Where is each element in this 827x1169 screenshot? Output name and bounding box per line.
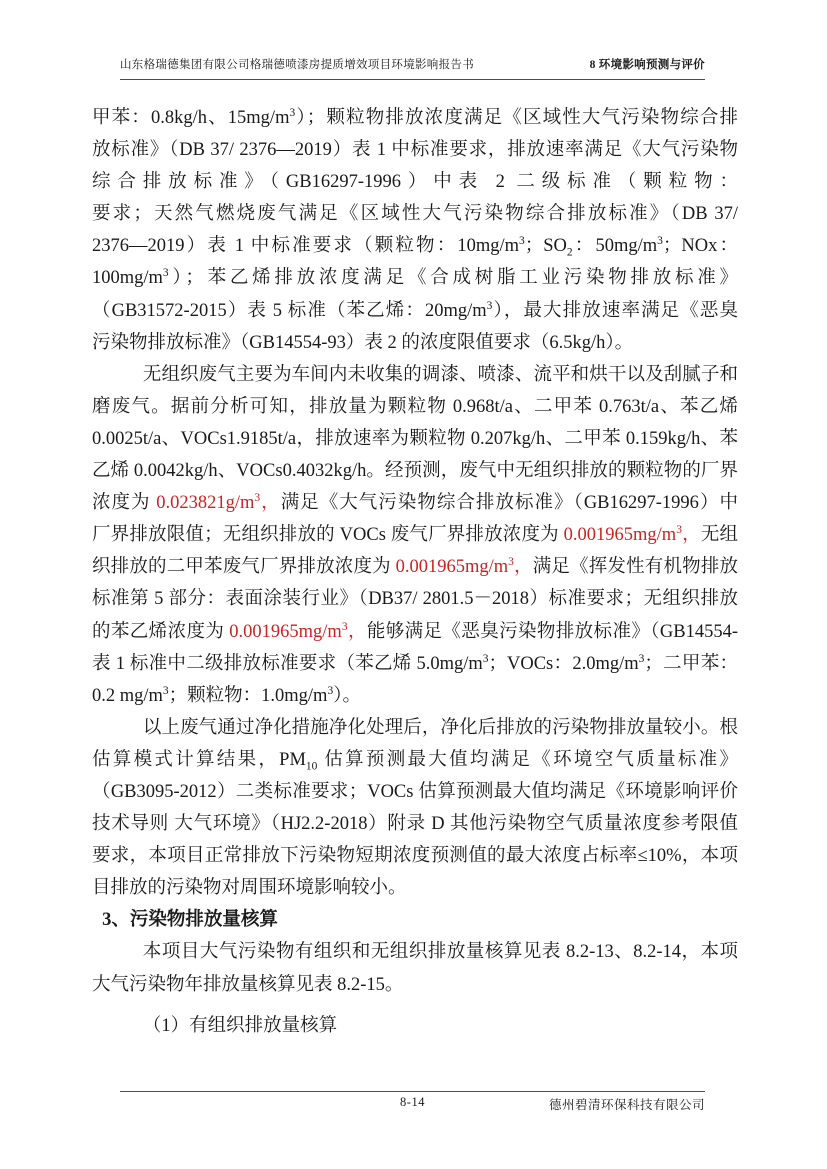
footer-rule: [120, 1091, 705, 1092]
text-segment: 织排放的二甲苯废气厂界排放浓度为: [92, 557, 396, 577]
text-line: 要求；天然气燃烧废气满足《区域性大气污染物综合排放标准》（DB 37/: [92, 198, 738, 230]
text-line: （1）有组织排放量核算: [92, 1010, 738, 1042]
text-segment: 磨废气。据前分析可知，排放量为颗粒物 0.968t/a、二甲苯 0.763t/a…: [92, 397, 738, 417]
highlighted-value: 0.001965mg/m: [229, 622, 342, 642]
text-segment: 要求；天然气燃烧废气满足《区域性大气污染物综合排放标准》（DB 37/: [92, 204, 738, 224]
text-line: 要求，本项目正常排放下污染物短期浓度预测值的最大浓度占标率≤10%，本项: [92, 840, 738, 872]
text-segment: 100mg/m: [92, 268, 163, 288]
text-segment: 放标准》（DB 37/ 2376—2019）表 1 中标准要求，排放速率满足《大…: [92, 140, 738, 160]
text-line: 的苯乙烯浓度为 0.001965mg/m3，能够满足《恶臭污染物排放标准》（GB…: [92, 616, 738, 648]
text-line: 放标准》（DB 37/ 2376—2019）表 1 中标准要求，排放速率满足《大…: [92, 134, 738, 166]
highlighted-value: 0.023821g/m: [156, 493, 254, 513]
highlighted-value: ，: [682, 525, 701, 545]
paragraph: 甲苯：0.8kg/h、15mg/m3）；颗粒物排放浓度满足《区域性大气污染物综合…: [92, 102, 738, 359]
text-line: 织排放的二甲苯废气厂界排放浓度为 0.001965mg/m3，满足《挥发性有机物…: [92, 551, 738, 583]
header-rule: [120, 79, 705, 80]
section-heading: 3、污染物排放量核算: [92, 904, 738, 936]
text-segment: ；VOCs：2.0mg/m: [489, 654, 639, 674]
text-segment: 污染物排放标准》（GB14554-93）表 2 的浓度限值要求（6.5kg/h）…: [92, 333, 633, 353]
text-segment: 估算模式计算结果，PM: [92, 750, 306, 770]
text-line: 目排放的污染物对周围环境影响较小。: [92, 872, 738, 904]
text-line: （GB31572-2015）表 5 标准（苯乙烯：20mg/m3），最大排放速率…: [92, 295, 738, 327]
text-line: 无组织废气主要为车间内未收集的调漆、喷漆、流平和烘干以及刮腻子和打: [92, 359, 738, 391]
header-chapter-title: 8 环境影响预测与评价: [590, 56, 705, 72]
text-segment: （1）有组织排放量核算: [143, 1016, 337, 1036]
text-segment: ；颗粒物：1.0mg/m: [169, 686, 328, 706]
text-segment: 浓度为: [92, 493, 156, 513]
text-segment: 3、污染物排放量核算: [102, 910, 278, 930]
text-line: 标准第 5 部分：表面涂装行业》（DB37/ 2801.5－2018）标准要求；…: [92, 583, 738, 615]
text-segment: 综合排放标准》（GB16297-1996）中表 2 二级标准（颗粒物：10mg/…: [92, 172, 738, 198]
paragraph: 无组织废气主要为车间内未收集的调漆、喷漆、流平和烘干以及刮腻子和打磨废气。据前分…: [92, 359, 738, 712]
text-line: 以上废气通过净化措施净化处理后，净化后排放的污染物排放量较小。根据: [92, 712, 738, 744]
document-body: 甲苯：0.8kg/h、15mg/m3）；颗粒物排放浓度满足《区域性大气污染物综合…: [92, 102, 738, 1042]
text-segment: ）。: [333, 686, 361, 706]
highlighted-value: ，: [514, 557, 533, 577]
text-segment: ；NOx：: [663, 236, 738, 256]
text-line: 浓度为 0.023821g/m3，满足《大气污染物综合排放标准》（GB16297…: [92, 487, 738, 519]
paragraph: （1）有组织排放量核算: [92, 1010, 738, 1042]
text-line: 厂界排放限值；无组织排放的 VOCs 废气厂界排放浓度为 0.001965mg/…: [92, 519, 738, 551]
text-segment: 甲苯：0.8kg/h、15mg/m: [92, 108, 289, 128]
header-report-title: 山东格瑞德集团有限公司格瑞德喷漆房提质增效项目环境影响报告书: [120, 56, 474, 72]
text-line: 大气污染物年排放量核算见表 8.2-15。: [92, 969, 738, 1001]
text-segment: ）；苯乙烯排放浓度满足《合成树脂工业污染物排放标准》: [169, 268, 738, 288]
text-segment: 以上废气通过净化措施净化处理后，净化后排放的污染物排放量较小。根据: [92, 718, 738, 744]
text-line: 磨废气。据前分析可知，排放量为颗粒物 0.968t/a、二甲苯 0.763t/a…: [92, 391, 738, 423]
text-segment: 满足《挥发性有机物排放: [533, 557, 738, 577]
text-line: 综合排放标准》（GB16297-1996）中表 2 二级标准（颗粒物：10mg/…: [92, 166, 738, 198]
text-segment: ：50mg/m: [573, 236, 657, 256]
text-line: 2376—2019）表 1 中标准要求（颗粒物：10mg/m3；SO2：50mg…: [92, 230, 738, 262]
highlighted-value: ，: [260, 493, 281, 513]
text-line: 100mg/m3）；苯乙烯排放浓度满足《合成树脂工业污染物排放标准》: [92, 262, 738, 294]
text-line: 甲苯：0.8kg/h、15mg/m3）；颗粒物排放浓度满足《区域性大气污染物综合…: [92, 102, 738, 134]
paragraph: 本项目大气污染物有组织和无组织排放量核算见表 8.2-13、8.2-14，本项目…: [92, 936, 738, 1000]
text-line: 表 1 标准中二级排放标准要求（苯乙烯 5.0mg/m3；VOCs：2.0mg/…: [92, 648, 738, 680]
text-segment: 2376—2019）表 1 中标准要求（颗粒物：10mg/m: [92, 236, 519, 256]
text-segment: （GB31572-2015）表 5 标准（苯乙烯：20mg/m: [92, 301, 487, 321]
text-segment: 0.2 mg/m: [92, 686, 163, 706]
text-segment: 满足《大气污染物综合排放标准》（GB16297-1996）中: [281, 493, 738, 513]
text-line: 乙烯 0.0042kg/h、VOCs0.4032kg/h。经预测，废气中无组织排…: [92, 455, 738, 487]
page-footer: 8-14 德州碧清环保科技有限公司: [120, 1095, 705, 1115]
text-line: 技术导则 大气环境》（HJ2.2-2018）附录 D 其他污染物空气质量浓度参考…: [92, 808, 738, 840]
text-segment: ），最大排放速率满足《恶臭: [492, 301, 738, 321]
highlighted-value: 0.001965mg/m: [564, 525, 677, 545]
footer-company-name: 德州碧清环保科技有限公司: [549, 1095, 705, 1113]
document-page: 山东格瑞德集团有限公司格瑞德喷漆房提质增效项目环境影响报告书 8 环境影响预测与…: [0, 0, 827, 1169]
highlighted-value: 0.001965mg/m: [396, 557, 509, 577]
text-segment: 无组: [701, 525, 738, 545]
text-segment: 大气污染物年排放量核算见表 8.2-15。: [92, 975, 403, 995]
text-line: 估算模式计算结果，PM10 估算预测最大值均满足《环境空气质量标准》: [92, 744, 738, 776]
text-segment: 本项目大气污染物有组织和无组织排放量核算见表 8.2-13、8.2-14，本项目: [92, 942, 738, 968]
text-segment: 表 1 标准中二级排放标准要求（苯乙烯 5.0mg/m: [92, 654, 483, 674]
text-line: 0.2 mg/m3；颗粒物：1.0mg/m3）。: [92, 680, 738, 712]
text-segment: ）；颗粒物排放浓度满足《区域性大气污染物综合排: [295, 108, 738, 128]
text-segment: 无组织废气主要为车间内未收集的调漆、喷漆、流平和烘干以及刮腻子和打: [92, 365, 738, 391]
text-segment: 要求，本项目正常排放下污染物短期浓度预测值的最大浓度占标率≤10%，本项: [92, 846, 738, 866]
text-segment: 标准第 5 部分：表面涂装行业》（DB37/ 2801.5－2018）标准要求；…: [92, 589, 738, 609]
page-header: 山东格瑞德集团有限公司格瑞德喷漆房提质增效项目环境影响报告书 8 环境影响预测与…: [120, 56, 705, 72]
text-segment: 技术导则 大气环境》（HJ2.2-2018）附录 D 其他污染物空气质量浓度参考…: [92, 814, 738, 834]
text-segment: 0.0025t/a、VOCs1.9185t/a，排放速率为颗粒物 0.207kg…: [92, 429, 738, 449]
text-line: 污染物排放标准》（GB14554-93）表 2 的浓度限值要求（6.5kg/h）…: [92, 327, 738, 359]
text-line: 3、污染物排放量核算: [92, 904, 738, 936]
text-line: （GB3095-2012）二类标准要求；VOCs 估算预测最大值均满足《环境影响…: [92, 776, 738, 808]
paragraph: 以上废气通过净化措施净化处理后，净化后排放的污染物排放量较小。根据估算模式计算结…: [92, 712, 738, 905]
text-segment: 10: [306, 761, 317, 773]
text-segment: 的苯乙烯浓度为: [92, 622, 229, 642]
text-line: 本项目大气污染物有组织和无组织排放量核算见表 8.2-13、8.2-14，本项目: [92, 936, 738, 968]
text-segment: 目排放的污染物对周围环境影响较小。: [92, 878, 407, 898]
highlighted-value: ，: [348, 622, 367, 642]
text-segment: 乙烯 0.0042kg/h、VOCs0.4032kg/h。经预测，废气中无组织排…: [92, 461, 738, 481]
text-segment: ；SO: [525, 236, 567, 256]
text-segment: （GB3095-2012）二类标准要求；VOCs 估算预测最大值均满足《环境影响…: [92, 782, 738, 802]
text-segment: 估算预测最大值均满足《环境空气质量标准》: [317, 750, 738, 770]
text-segment: 厂界排放限值；无组织排放的 VOCs 废气厂界排放浓度为: [92, 525, 564, 545]
text-line: 0.0025t/a、VOCs1.9185t/a，排放速率为颗粒物 0.207kg…: [92, 423, 738, 455]
text-segment: ；二甲苯：: [644, 654, 738, 674]
